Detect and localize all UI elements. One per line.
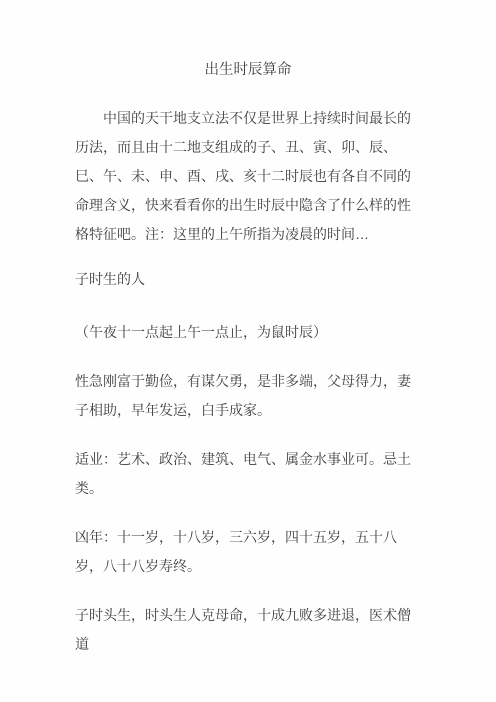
section-heading-zi-hour: 子时生的人 — [75, 265, 421, 294]
personality-paragraph: 性急刚富于勤俭，有谋欠勇，是非多端，父母得力，妻子相助，早年发运，白手成家。 — [75, 367, 421, 425]
document-title: 出生时辰算命 — [75, 56, 421, 85]
time-range-note: （午夜十一点起上午一点止，为鼠时辰） — [75, 318, 421, 347]
unlucky-years-paragraph: 凶年：十一岁，十八岁，三六岁，四十五岁，五十八岁，八十八岁寿终。 — [75, 523, 421, 581]
document-page: 出生时辰算命 中国的天干地支立法不仅是世界上持续时间最长的历法，而且由十二地支组… — [0, 0, 496, 702]
suitable-careers-paragraph: 适业：艺术、政治、建筑、电气、属金水事业可。忌土类。 — [75, 445, 421, 503]
intro-paragraph: 中国的天干地支立法不仅是世界上持续时间最长的历法，而且由十二地支组成的子、丑、寅… — [75, 104, 421, 249]
birth-head-note-paragraph: 子时头生，时头生人克母命，十成九败多进退，医术僧道 — [75, 601, 421, 659]
